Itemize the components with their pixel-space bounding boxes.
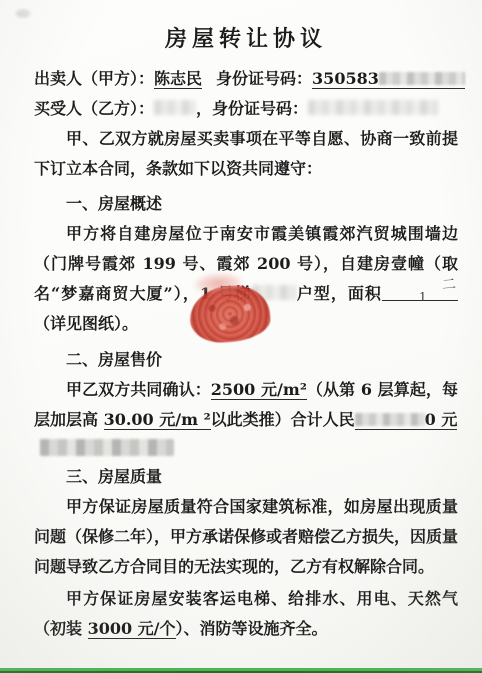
seller-name: 陈志民 [154,69,202,89]
buyer-id-label: 身份证号码： [212,99,308,118]
seller-label: 出卖人（甲方）： [34,69,154,88]
redaction-buyer-name [154,100,196,115]
section3-paragraph-1: 甲方保证房屋质量符合国家建筑标准，如房屋出现质量问题（保修二年），甲方承诺保修或… [34,492,458,582]
section3-text-2: ）、消防等设施齐全。 [176,619,328,638]
seller-id-prefix: 350583 [312,69,379,88]
section2-heading: 二、房屋售价 [34,345,458,375]
bottom-green-bar [0,667,482,673]
buyer-name-suffix: ， [196,99,212,118]
price-per-sqm: 2500 元/m² [211,380,307,400]
contract-page: 房屋转让协议 出卖人（甲方）：陈志民身份证号码：350583 买受人（乙方）：，… [0,0,482,673]
document-title: 房屋转让协议 [34,22,458,56]
buyer-label: 买受人（乙方）： [34,99,154,118]
area-blank-field: 1二 [382,283,458,301]
total-amount-tail: 0 元 [425,410,458,429]
section2-text-3: 以此类推）合计人民 [211,410,355,429]
redaction-total-amount [355,413,425,426]
section2-text-1: 甲乙双方共同确认： [66,380,211,399]
redaction-seller-id [379,72,465,85]
install-fee: 3000 元/个 [88,619,176,639]
area-handwriting-2: 二 [410,277,457,294]
seller-line: 出卖人（甲方）：陈志民身份证号码：350583 [34,64,458,94]
preamble-paragraph: 甲、乙双方就房屋买卖事项在平等自愿、协商一致前提下订立本合同，条款如下以资共同遵… [34,124,458,184]
total-amount-field: 0 元 [355,410,458,430]
redaction-buyer-id [308,100,438,115]
buyer-line: 买受人（乙方）：，身份证号码： [34,94,458,124]
seller-id-value: 350583 [312,69,465,89]
section1-text-3: （详见图纸）。 [34,314,138,333]
section2-paragraph: 甲乙双方共同确认：2500 元/m²（从第 6 层算起，每层加层高 30.00 … [34,375,458,435]
section1-heading: 一、房屋概述 [34,189,458,219]
floor-increment: 30.00 元/m ² [104,410,211,430]
section1-text-2: 户型，面积 [296,284,382,303]
section3-paragraph-2: 甲方保证房屋安装客运电梯、给排水、用电、天然气（初装 3000 元/个）、消防等… [34,584,458,644]
section3-heading: 三、房屋质量 [34,462,458,492]
photo-artifact [14,8,32,19]
redaction-amount-words [40,439,174,456]
seller-id-label: 身份证号码： [216,69,312,88]
